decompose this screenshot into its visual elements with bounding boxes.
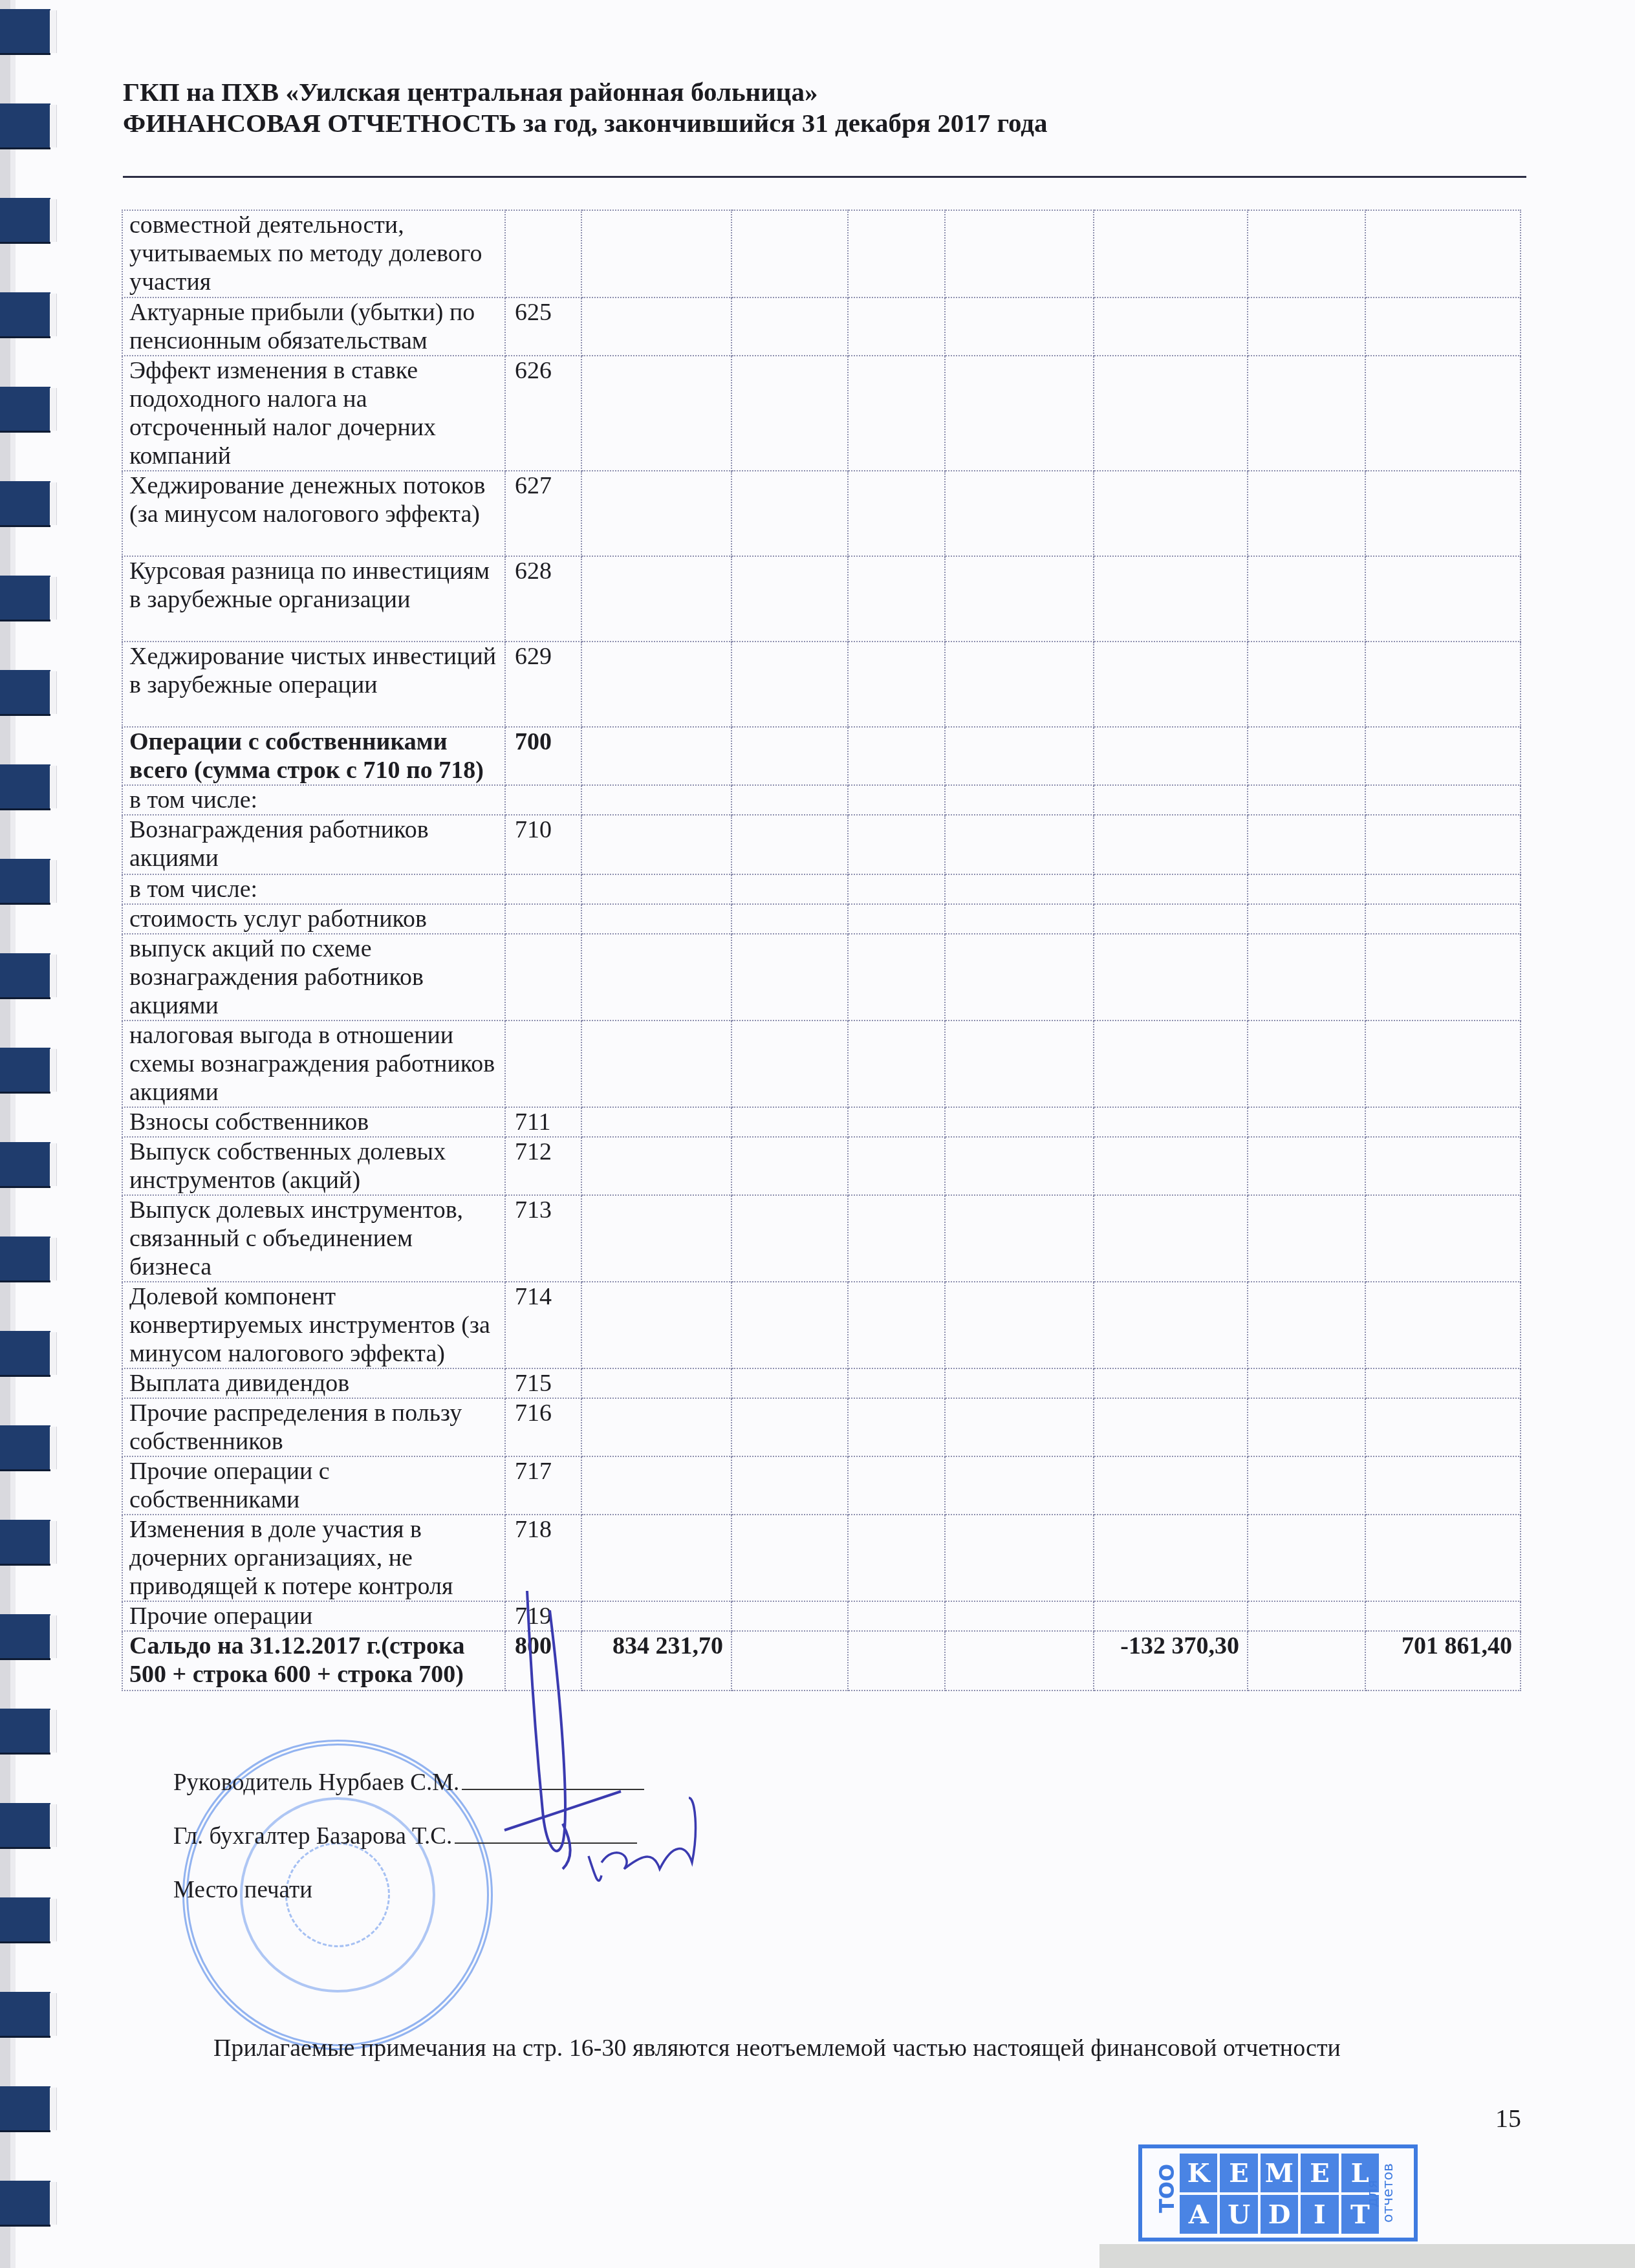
- row-value-cell: [731, 1601, 848, 1631]
- row-value-cell: [1248, 1398, 1365, 1456]
- row-value-cell: [1365, 1456, 1521, 1515]
- row-value-cell: [1365, 815, 1521, 874]
- row-value-cell: [1248, 727, 1365, 785]
- row-code: 717: [505, 1456, 581, 1515]
- binding-comb: [0, 198, 50, 244]
- row-value-cell: [945, 727, 1094, 785]
- row-value-cell: [848, 1195, 945, 1282]
- row-value-cell: 701 861,40: [1365, 1631, 1521, 1690]
- row-value-cell: [581, 785, 731, 815]
- row-value-cell: [1365, 1137, 1521, 1195]
- row-value-cell: [945, 1601, 1094, 1631]
- audit-stamp-letters: KEMELAUDIT: [1180, 2154, 1379, 2234]
- row-value-cell: [848, 815, 945, 874]
- row-value-cell: [731, 297, 848, 356]
- row-value-cell: [581, 642, 731, 727]
- row-value-cell: [1365, 1282, 1521, 1368]
- row-label: Выплата дивидендов: [122, 1368, 505, 1398]
- row-value-cell: [1094, 297, 1248, 356]
- row-value-cell: [1094, 1137, 1248, 1195]
- row-value-cell: [581, 1137, 731, 1195]
- header-divider: [123, 176, 1526, 178]
- binding-comb: [0, 1048, 50, 1094]
- row-label: в том числе:: [122, 785, 505, 815]
- row-label: Вознаграждения работников акциями: [122, 815, 505, 874]
- row-value-cell: [581, 1456, 731, 1515]
- row-value-cell: [848, 934, 945, 1021]
- row-value-cell: [1094, 210, 1248, 297]
- row-value-cell: [1094, 874, 1248, 904]
- row-value-cell: [731, 815, 848, 874]
- row-value-cell: [1248, 356, 1365, 471]
- row-value-cell: [1365, 934, 1521, 1021]
- row-value-cell: [1094, 1107, 1248, 1137]
- binding-comb: [0, 103, 50, 149]
- row-value-cell: [1248, 556, 1365, 642]
- row-value-cell: [1365, 1398, 1521, 1456]
- row-value-cell: [1094, 727, 1248, 785]
- row-value-cell: [1248, 815, 1365, 874]
- row-label: Прочие операции: [122, 1601, 505, 1631]
- row-value-cell: [1248, 1282, 1365, 1368]
- row-value-cell: -132 370,30: [1094, 1631, 1248, 1690]
- row-value-cell: [1248, 297, 1365, 356]
- row-code: 715: [505, 1368, 581, 1398]
- row-value-cell: [731, 1456, 848, 1515]
- row-label: Актуарные прибыли (убытки) по пенсионным…: [122, 297, 505, 356]
- row-label: Долевой компонент конвертируемых инструм…: [122, 1282, 505, 1368]
- row-value-cell: [731, 1282, 848, 1368]
- audit-stamp-letter: E: [1220, 2154, 1257, 2192]
- row-value-cell: [731, 1368, 848, 1398]
- row-label: стоимость услуг работников: [122, 904, 505, 934]
- row-label: Хеджирование чистых инвестиций в зарубеж…: [122, 642, 505, 727]
- audit-stamp-side-text: для отчетов: [1365, 2165, 1417, 2223]
- row-value-cell: [1248, 210, 1365, 297]
- row-label: Сальдо на 31.12.2017 г.(строка 500 + стр…: [122, 1631, 505, 1690]
- report-title: ФИНАНСОВАЯ ОТЧЕТНОСТЬ за год, закончивши…: [123, 107, 1533, 138]
- row-value-cell: [1248, 1456, 1365, 1515]
- row-value-cell: [945, 1631, 1094, 1690]
- table-row: Выпуск долевых инструментов, связанный с…: [122, 1195, 1521, 1282]
- audit-stamp-letter: K: [1180, 2154, 1217, 2192]
- audit-stamp: ТОО KEMELAUDIT для отчетов: [1138, 2144, 1418, 2241]
- table-row: стоимость услуг работников: [122, 904, 1521, 934]
- row-value-cell: [848, 785, 945, 815]
- row-value-cell: [731, 785, 848, 815]
- audit-stamp-letter: D: [1261, 2195, 1298, 2234]
- row-value-cell: [848, 356, 945, 471]
- row-value-cell: [1094, 1601, 1248, 1631]
- binding-comb: [0, 764, 50, 810]
- equity-changes-table: совместной деятельности, учитываемых по …: [122, 210, 1521, 1691]
- table-row: Долевой компонент конвертируемых инструм…: [122, 1282, 1521, 1368]
- binding-comb: [0, 576, 50, 621]
- table-body: совместной деятельности, учитываемых по …: [122, 210, 1521, 1690]
- audit-stamp-letter: A: [1180, 2195, 1217, 2234]
- row-code: [505, 934, 581, 1021]
- row-value-cell: [1365, 727, 1521, 785]
- row-value-cell: [731, 642, 848, 727]
- binding-comb: [0, 481, 50, 527]
- row-code: [505, 785, 581, 815]
- row-value-cell: [731, 1398, 848, 1456]
- row-value-cell: [848, 1398, 945, 1456]
- row-value-cell: [848, 210, 945, 297]
- row-label: Прочие операции с собственниками: [122, 1456, 505, 1515]
- row-value-cell: [581, 1398, 731, 1456]
- row-value-cell: [1365, 1601, 1521, 1631]
- row-value-cell: [1094, 785, 1248, 815]
- binding-comb: [0, 1520, 50, 1566]
- row-value-cell: [1248, 1195, 1365, 1282]
- row-value-cell: [581, 904, 731, 934]
- row-value-cell: [945, 815, 1094, 874]
- binding-comb: [0, 1709, 50, 1755]
- row-value-cell: [1365, 297, 1521, 356]
- row-value-cell: [945, 1282, 1094, 1368]
- binding-comb: [0, 9, 50, 55]
- organization-name: ГКП на ПХВ «Уилская центральная районная…: [123, 76, 1533, 107]
- row-code: 711: [505, 1107, 581, 1137]
- row-label: налоговая выгода в отношении схемы возна…: [122, 1021, 505, 1107]
- row-value-cell: [731, 210, 848, 297]
- table-row: налоговая выгода в отношении схемы возна…: [122, 1021, 1521, 1107]
- row-value-cell: [581, 1282, 731, 1368]
- row-value-cell: [1248, 1601, 1365, 1631]
- audit-stamp-letter: I: [1301, 2195, 1338, 2234]
- row-value-cell: [731, 1107, 848, 1137]
- row-value-cell: [1365, 210, 1521, 297]
- table-row: Вознаграждения работников акциями710: [122, 815, 1521, 874]
- row-code: 700: [505, 727, 581, 785]
- row-value-cell: [581, 297, 731, 356]
- table-row: Курсовая разница по инвестициям в зарубе…: [122, 556, 1521, 642]
- row-value-cell: [1248, 874, 1365, 904]
- handwritten-signature: [466, 1584, 724, 1888]
- row-label: Изменения в доле участия в дочерних орга…: [122, 1515, 505, 1601]
- row-value-cell: [581, 1021, 731, 1107]
- document-header: ГКП на ПХВ «Уилская центральная районная…: [123, 76, 1533, 138]
- row-value-cell: [848, 1456, 945, 1515]
- row-value-cell: [1094, 1195, 1248, 1282]
- table-row: в том числе:: [122, 785, 1521, 815]
- binding-comb: [0, 292, 50, 338]
- row-value-cell: [848, 471, 945, 556]
- page-number: 15: [1495, 2103, 1521, 2134]
- row-value-cell: [1365, 904, 1521, 934]
- row-label: Операции с собственниками всего (сумма с…: [122, 727, 505, 785]
- row-value-cell: [848, 1631, 945, 1690]
- binding-comb: [0, 1142, 50, 1188]
- row-value-cell: [731, 904, 848, 934]
- binding-comb: [0, 953, 50, 999]
- row-value-cell: [1365, 874, 1521, 904]
- audit-stamp-letter: U: [1220, 2195, 1257, 2234]
- notes-reference: Прилагаемые примечания на стр. 16-30 явл…: [213, 2034, 1539, 2062]
- row-code: [505, 1021, 581, 1107]
- table-row: Хеджирование чистых инвестиций в зарубеж…: [122, 642, 1521, 727]
- row-value-cell: [1248, 934, 1365, 1021]
- audit-stamp-letter: E: [1301, 2154, 1338, 2192]
- row-value-cell: [945, 1398, 1094, 1456]
- row-value-cell: [581, 556, 731, 642]
- binding-comb: [0, 1803, 50, 1849]
- binding-comb: [0, 1614, 50, 1660]
- row-value-cell: [731, 1137, 848, 1195]
- row-value-cell: [945, 356, 1094, 471]
- table-row: Хеджирование денежных потоков (за минусо…: [122, 471, 1521, 556]
- row-value-cell: [581, 356, 731, 471]
- row-label: выпуск акций по схеме вознаграждения раб…: [122, 934, 505, 1021]
- binding-comb: [0, 387, 50, 433]
- binding-comb: [0, 670, 50, 716]
- row-label: Взносы собственников: [122, 1107, 505, 1137]
- row-value-cell: [1365, 556, 1521, 642]
- binding-comb: [0, 1237, 50, 1282]
- row-value-cell: [1248, 1107, 1365, 1137]
- row-value-cell: [1248, 785, 1365, 815]
- row-value-cell: [848, 874, 945, 904]
- row-value-cell: [848, 556, 945, 642]
- row-code: 629: [505, 642, 581, 727]
- row-value-cell: [1365, 356, 1521, 471]
- row-value-cell: [848, 642, 945, 727]
- row-value-cell: [945, 471, 1094, 556]
- row-code: 714: [505, 1282, 581, 1368]
- row-value-cell: [581, 815, 731, 874]
- row-value-cell: [1365, 1021, 1521, 1107]
- table-row: Прочие операции с собственниками717: [122, 1456, 1521, 1515]
- row-value-cell: [581, 1107, 731, 1137]
- row-code: 716: [505, 1398, 581, 1456]
- row-value-cell: [1094, 1282, 1248, 1368]
- row-code: [505, 904, 581, 934]
- row-value-cell: [731, 1021, 848, 1107]
- row-value-cell: [848, 727, 945, 785]
- row-value-cell: [848, 1137, 945, 1195]
- row-label: Хеджирование денежных потоков (за минусо…: [122, 471, 505, 556]
- row-value-cell: [731, 1515, 848, 1601]
- binding-comb: [0, 1992, 50, 2038]
- row-value-cell: [1365, 1195, 1521, 1282]
- row-label: Курсовая разница по инвестициям в зарубе…: [122, 556, 505, 642]
- row-value-cell: [1094, 815, 1248, 874]
- binding-comb: [0, 2181, 50, 2227]
- row-label: Выпуск долевых инструментов, связанный с…: [122, 1195, 505, 1282]
- row-code: 627: [505, 471, 581, 556]
- row-value-cell: [731, 556, 848, 642]
- row-value-cell: [1248, 1515, 1365, 1601]
- row-value-cell: [731, 471, 848, 556]
- spiral-binding: [0, 0, 58, 2268]
- row-value-cell: [945, 934, 1094, 1021]
- table-row: Изменения в доле участия в дочерних орга…: [122, 1515, 1521, 1601]
- row-code: 712: [505, 1137, 581, 1195]
- table-row: Актуарные прибыли (убытки) по пенсионным…: [122, 297, 1521, 356]
- row-value-cell: [848, 904, 945, 934]
- table-row: Прочие операции719: [122, 1601, 1521, 1631]
- row-value-cell: [945, 210, 1094, 297]
- row-value-cell: [731, 1195, 848, 1282]
- row-label: Прочие распределения в пользу собственни…: [122, 1398, 505, 1456]
- row-value-cell: [1365, 471, 1521, 556]
- seal-place-label: Место печати: [173, 1877, 312, 1903]
- binding-comb: [0, 859, 50, 905]
- row-label: Эффект изменения в ставке подоходного на…: [122, 356, 505, 471]
- row-value-cell: [945, 1021, 1094, 1107]
- row-value-cell: [731, 727, 848, 785]
- row-value-cell: [1248, 1021, 1365, 1107]
- binding-comb: [0, 1897, 50, 1943]
- row-value-cell: [945, 642, 1094, 727]
- row-value-cell: [581, 471, 731, 556]
- row-value-cell: [1094, 1456, 1248, 1515]
- table-row: Операции с собственниками всего (сумма с…: [122, 727, 1521, 785]
- table-row: в том числе:: [122, 874, 1521, 904]
- row-value-cell: [581, 210, 731, 297]
- row-value-cell: [848, 1368, 945, 1398]
- row-value-cell: [1248, 904, 1365, 934]
- row-value-cell: [1248, 1631, 1365, 1690]
- row-value-cell: [1248, 471, 1365, 556]
- row-code: [505, 210, 581, 297]
- row-value-cell: [1094, 934, 1248, 1021]
- table-row: Выплата дивидендов715: [122, 1368, 1521, 1398]
- row-value-cell: [1365, 785, 1521, 815]
- row-code: 628: [505, 556, 581, 642]
- row-value-cell: [1365, 1107, 1521, 1137]
- row-value-cell: [731, 356, 848, 471]
- row-value-cell: [1094, 556, 1248, 642]
- row-value-cell: [1094, 1021, 1248, 1107]
- row-label: Выпуск собственных долевых инструментов …: [122, 1137, 505, 1195]
- row-code: 710: [505, 815, 581, 874]
- row-value-cell: [945, 904, 1094, 934]
- row-label: совместной деятельности, учитываемых по …: [122, 210, 505, 297]
- row-code: 625: [505, 297, 581, 356]
- table-row: Сальдо на 31.12.2017 г.(строка 500 + стр…: [122, 1631, 1521, 1690]
- row-value-cell: [1094, 356, 1248, 471]
- row-value-cell: [581, 1368, 731, 1398]
- row-value-cell: [731, 934, 848, 1021]
- row-value-cell: [1248, 642, 1365, 727]
- row-value-cell: [581, 727, 731, 785]
- row-value-cell: [848, 1282, 945, 1368]
- row-value-cell: [1094, 904, 1248, 934]
- table-row: Прочие распределения в пользу собственни…: [122, 1398, 1521, 1456]
- row-value-cell: [1094, 1398, 1248, 1456]
- row-value-cell: [945, 1368, 1094, 1398]
- table-row: Эффект изменения в ставке подоходного на…: [122, 356, 1521, 471]
- row-value-cell: [1094, 1368, 1248, 1398]
- table-row: Выпуск собственных долевых инструментов …: [122, 1137, 1521, 1195]
- row-value-cell: [731, 874, 848, 904]
- row-value-cell: [848, 1515, 945, 1601]
- row-value-cell: [945, 297, 1094, 356]
- row-value-cell: [1365, 1515, 1521, 1601]
- row-value-cell: [945, 1195, 1094, 1282]
- row-value-cell: [1094, 1515, 1248, 1601]
- row-value-cell: [581, 934, 731, 1021]
- table-row: выпуск акций по схеме вознаграждения раб…: [122, 934, 1521, 1021]
- row-code: 626: [505, 356, 581, 471]
- row-code: 713: [505, 1195, 581, 1282]
- table-row: совместной деятельности, учитываемых по …: [122, 210, 1521, 297]
- row-code: [505, 874, 581, 904]
- row-value-cell: [945, 556, 1094, 642]
- row-value-cell: [1365, 642, 1521, 727]
- row-value-cell: [945, 1137, 1094, 1195]
- accountant-label: Гл. бухгалтер Базарова Т.С.: [173, 1823, 452, 1850]
- row-value-cell: [848, 1021, 945, 1107]
- row-value-cell: [1094, 642, 1248, 727]
- table-row: Взносы собственников711: [122, 1107, 1521, 1137]
- row-value-cell: [1248, 1137, 1365, 1195]
- binding-comb: [0, 1331, 50, 1377]
- binding-comb: [0, 2086, 50, 2132]
- row-value-cell: [945, 874, 1094, 904]
- audit-stamp-letter: M: [1261, 2154, 1298, 2192]
- row-value-cell: [581, 874, 731, 904]
- row-value-cell: [1248, 1368, 1365, 1398]
- row-value-cell: [1094, 471, 1248, 556]
- row-value-cell: [848, 1107, 945, 1137]
- row-value-cell: [945, 1107, 1094, 1137]
- row-value-cell: [945, 785, 1094, 815]
- row-value-cell: [581, 1195, 731, 1282]
- director-label: Руководитель Нурбаев С.М.: [173, 1769, 459, 1796]
- page-edge-shadow: [1099, 2244, 1635, 2268]
- binding-comb: [0, 1425, 50, 1471]
- row-value-cell: [945, 1515, 1094, 1601]
- row-value-cell: [731, 1631, 848, 1690]
- row-label: в том числе:: [122, 874, 505, 904]
- row-value-cell: [1365, 1368, 1521, 1398]
- row-value-cell: [945, 1456, 1094, 1515]
- row-value-cell: [848, 297, 945, 356]
- row-value-cell: [848, 1601, 945, 1631]
